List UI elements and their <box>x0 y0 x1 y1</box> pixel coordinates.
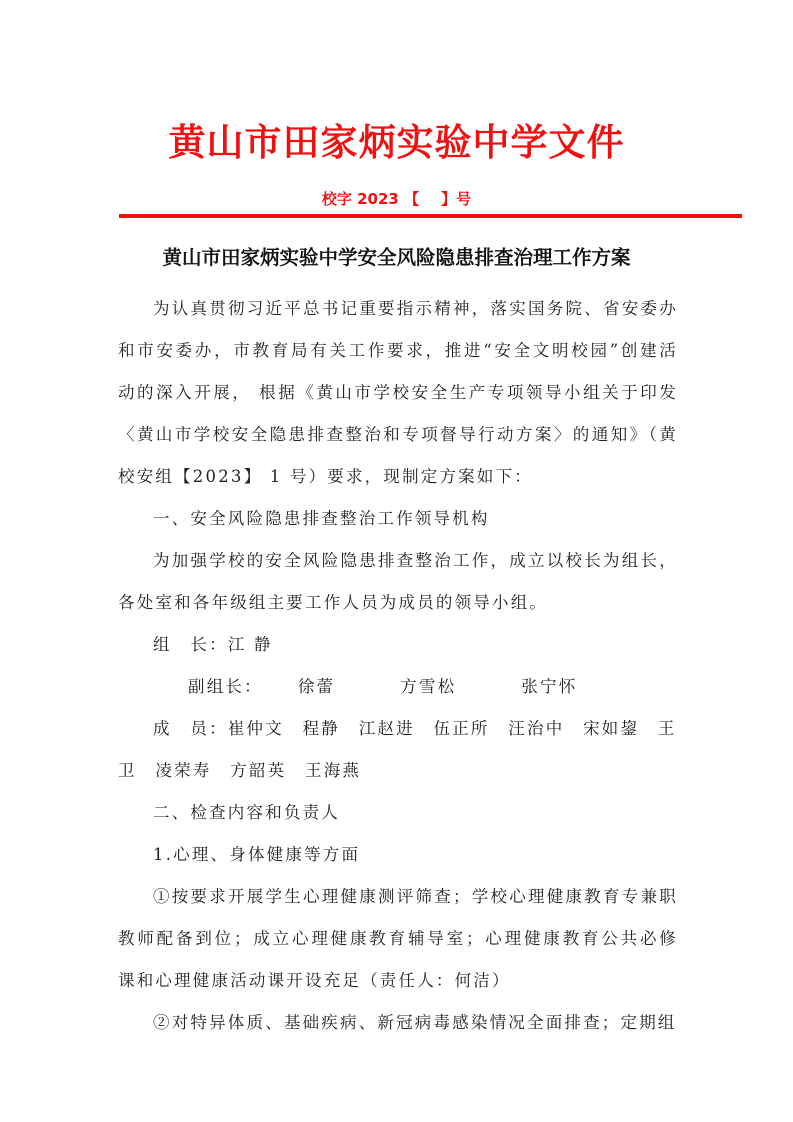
members-line-continued: 卫 凌荣寿 方韶英 王海燕 <box>118 750 678 792</box>
members-line: 成 员：崔仲文 程静 江赵进 伍正所 汪治中 宋如鋆 王 <box>118 708 678 750</box>
document-page: 黄山市田家炳实验中学文件 校字 2023 【】号 黄山市田家炳实验中学安全风险隐… <box>0 0 793 1122</box>
item-1-paragraph: ①按要求开展学生心理健康测评筛查；学校心理健康教育专兼职教师配备到位；成立心理健… <box>118 876 678 1002</box>
members-list-part1: 崔仲文 程静 江赵进 伍正所 汪治中 宋如鋆 王 <box>228 719 677 738</box>
deputy-name: 徐蕾 <box>263 666 335 708</box>
document-title: 黄山市田家炳实验中学安全风险隐患排查治理工作方案 <box>0 243 793 273</box>
deputy-label: 副组长： <box>153 666 263 708</box>
leader-line: 组 长：江 静 <box>118 624 678 666</box>
deputy-name: 张宁怀 <box>486 666 577 708</box>
leader-name: 江 静 <box>228 635 273 654</box>
document-number: 校字 2023 【】号 <box>0 188 793 210</box>
masthead-title: 黄山市田家炳实验中学文件 <box>0 118 793 168</box>
deputy-line: 副组长：徐蕾方雪松张宁怀 <box>118 666 678 708</box>
section-heading-2: 二、检查内容和负责人 <box>118 792 678 834</box>
intro-paragraph: 为认真贯彻习近平总书记重要指示精神，落实国务院、省安委办和市安委办，市教育局有关… <box>118 288 678 498</box>
leader-label: 组 长： <box>153 635 228 654</box>
red-divider-line <box>119 214 742 218</box>
document-number-suffix: 】号 <box>441 190 471 208</box>
document-number-prefix: 校字 2023 【 <box>322 190 419 208</box>
deputy-name: 方雪松 <box>365 666 456 708</box>
members-label: 成 员： <box>153 719 228 738</box>
section-1-paragraph: 为加强学校的安全风险隐患排查整治工作，成立以校长为组长，各处室和各年级组主要工作… <box>118 540 678 624</box>
item-2-paragraph: ②对特异体质、基础疾病、新冠病毒感染情况全面排查；定期组 <box>118 1002 678 1044</box>
document-body: 为认真贯彻习近平总书记重要指示精神，落实国务院、省安委办和市安委办，市教育局有关… <box>118 288 678 1044</box>
section-heading-1: 一、安全风险隐患排查整治工作领导机构 <box>118 498 678 540</box>
subsection-heading-1: 1.心理、身体健康等方面 <box>118 834 678 876</box>
